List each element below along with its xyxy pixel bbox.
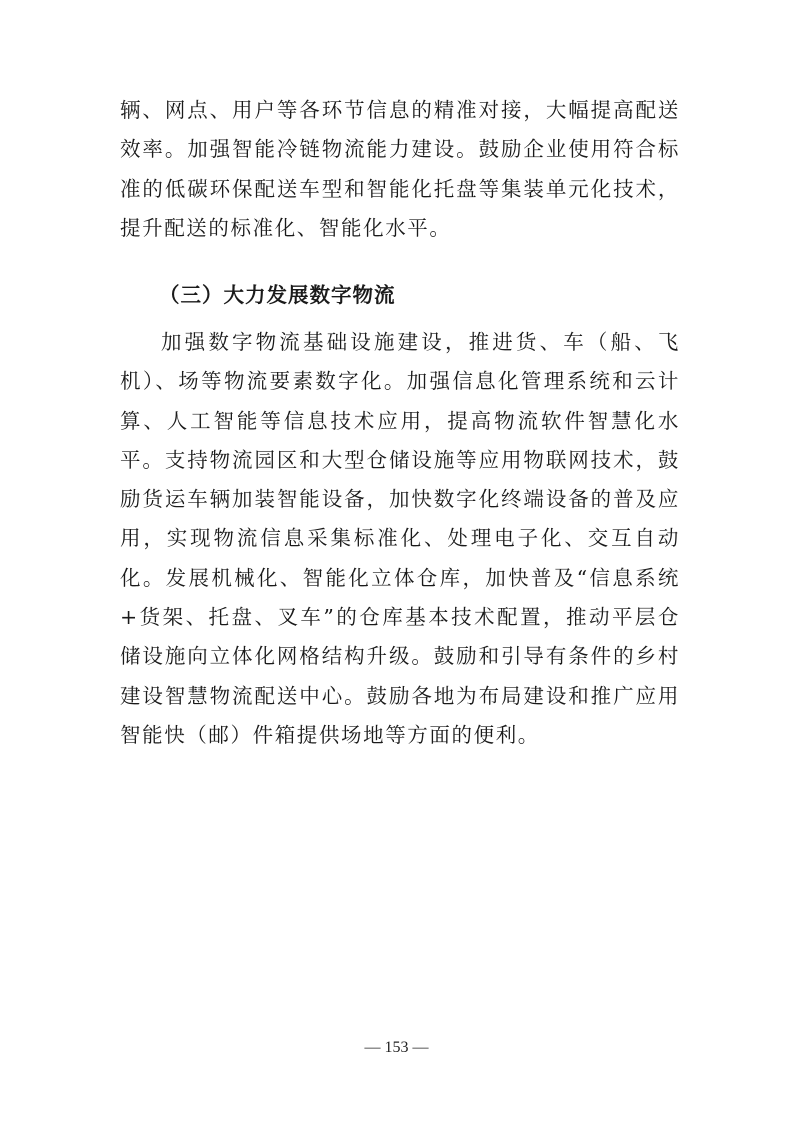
page-number: — 153 — [0,1039,793,1057]
section-heading: （三）大力发展数字物流 [159,277,396,313]
paragraph-continued: 辆、网点、用户等各环节信息的精准对接，大幅提高配送效率。加强智能冷链物流能力建设… [120,91,680,248]
document-page: 辆、网点、用户等各环节信息的精准对接，大幅提高配送效率。加强智能冷链物流能力建设… [0,0,793,1122]
section-paragraph: 加强数字物流基础设施建设，推进货、车（船、飞机）、场等物流要素数字化。加强信息化… [120,323,680,755]
